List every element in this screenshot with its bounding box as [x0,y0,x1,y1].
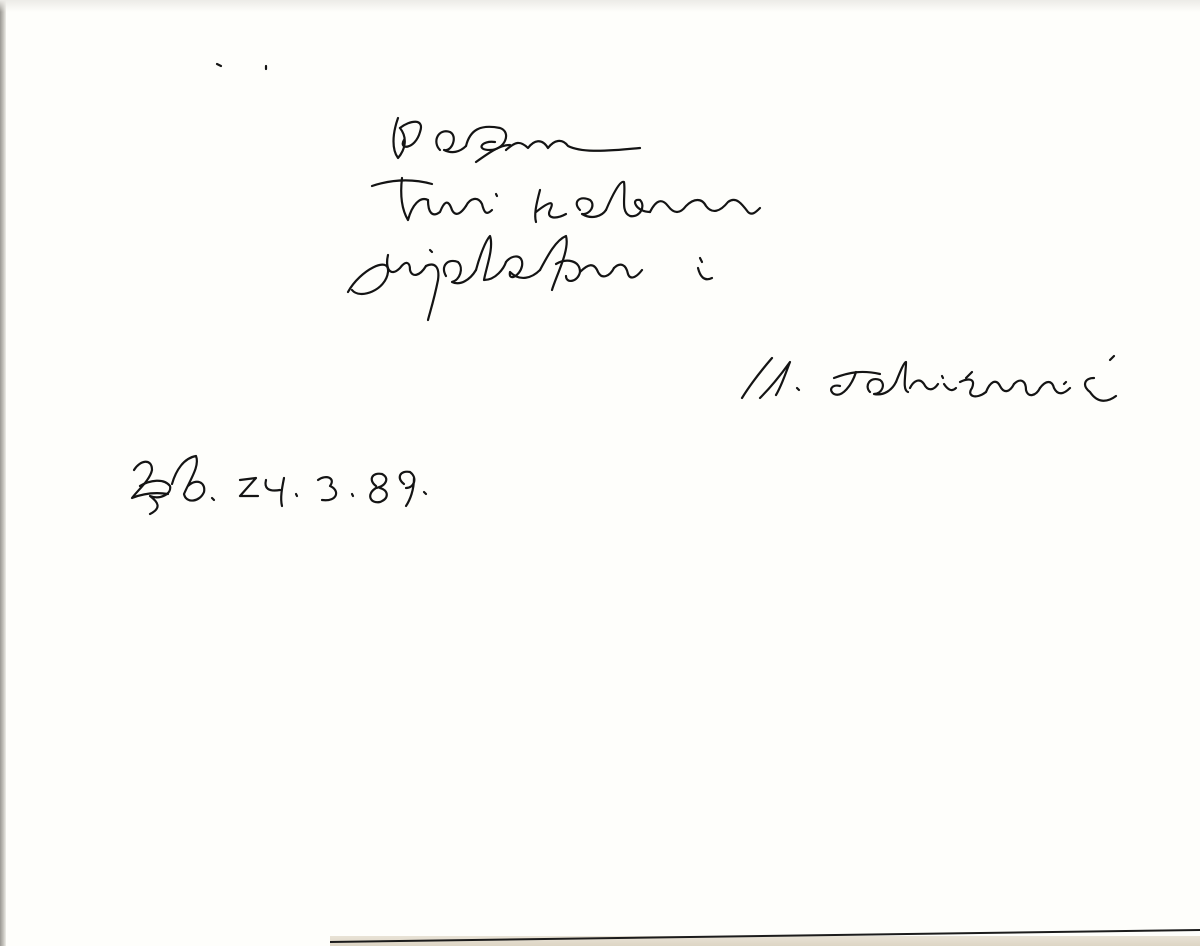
date-ink [132,456,426,514]
scanned-page: Dragom Đuri Kaderu prijateljski N. Jdriž… [0,0,1200,946]
stray-marks [217,64,266,69]
handwriting-ink [0,0,1200,946]
dedication-line-3-ink [348,236,712,320]
signature-ink [742,356,1116,401]
dedication-line-1-ink [394,118,641,162]
dedication-line-2-ink [372,178,760,222]
